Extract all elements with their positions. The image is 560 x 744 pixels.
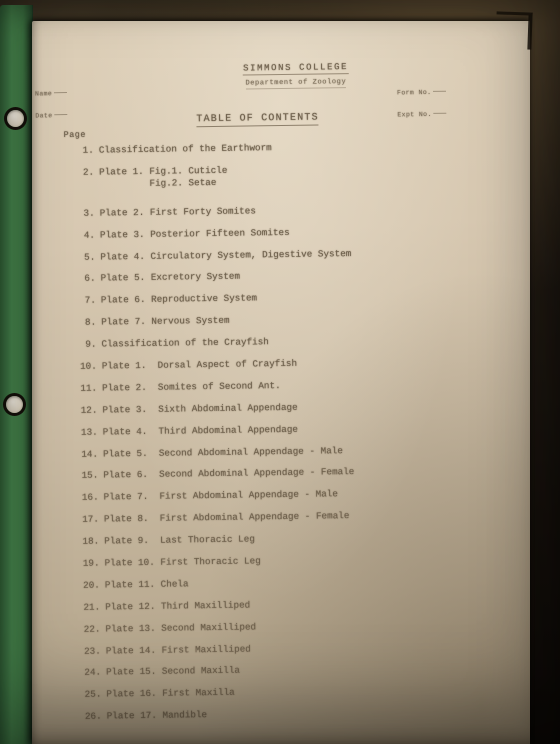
expt-no-label: Expt No. [397, 111, 446, 119]
entry-number: 16. [69, 492, 99, 503]
toc-title: TABLE OF CONTENTS [196, 112, 319, 127]
entry-number: 7. [66, 295, 96, 306]
entry-number: 25. [71, 689, 101, 700]
entry-number: 20. [70, 580, 100, 591]
entry-number: 22. [70, 623, 100, 634]
page-column-label: Page [64, 130, 87, 140]
entry-number: 26. [72, 711, 102, 722]
date-field-rule [54, 114, 67, 115]
entry-number: 18. [69, 536, 99, 547]
photo-background: SIMMONS COLLEGE Department of Zoology Na… [0, 0, 560, 744]
entry-number: 1. [64, 145, 94, 156]
entry-number: 4. [65, 229, 95, 240]
entry-number: 2. [64, 167, 94, 178]
name-field-rule [54, 92, 67, 93]
page-content: SIMMONS COLLEGE Department of Zoology Na… [32, 18, 540, 744]
entry-number: 8. [66, 317, 96, 328]
binder-corner-mark [495, 11, 532, 49]
toc-list: 1.Classification of the Earthworm2.Plate… [64, 139, 528, 733]
entry-number: 9. [66, 339, 96, 350]
entry-number: 6. [66, 273, 96, 284]
form-no-label: Form No. [397, 89, 446, 97]
entry-number: 21. [70, 601, 100, 612]
entry-number: 3. [65, 207, 95, 218]
entry-number: 11. [67, 383, 97, 394]
entry-number: 10. [67, 361, 97, 372]
entry-number: 12. [67, 404, 97, 415]
entry-number: 5. [65, 251, 95, 262]
punch-hole-top [7, 110, 24, 127]
entry-number: 23. [71, 645, 101, 656]
entry-number: 15. [68, 470, 98, 481]
entry-number: 14. [68, 448, 98, 459]
punch-hole-bottom [6, 396, 23, 413]
entry-number: 13. [68, 426, 98, 437]
department-name: Department of Zoology [245, 78, 346, 89]
entry-number: 19. [69, 558, 99, 569]
entry-text: Classification of the Earthworm [99, 139, 520, 156]
date-field-label: Date [35, 112, 67, 119]
toc-entry: 2.Plate 1. Fig.1. CuticleFig.2. Setae [64, 161, 521, 208]
binder-strip [0, 5, 33, 744]
toc-entry: 26.Plate 17. Mandible [72, 705, 528, 733]
name-field-label: Name [35, 90, 67, 97]
entry-number: 24. [71, 667, 101, 678]
expt-no-rule [434, 113, 447, 114]
form-no-rule [433, 91, 446, 92]
entry-number: 17. [69, 514, 99, 525]
document-page: SIMMONS COLLEGE Department of Zoology Na… [32, 21, 530, 744]
